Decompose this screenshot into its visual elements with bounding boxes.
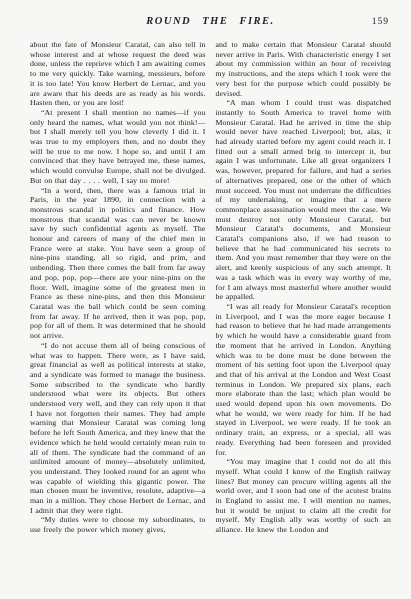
paragraph: “A man whom I could trust was dispatched… [216,98,392,302]
text-columns: about the fate of Monsieur Caratal, can … [30,40,391,588]
book-page: ROUND THE FIRE. 159 about the fate of Mo… [0,0,411,599]
paragraph: “You may imagine that I could not do all… [216,457,392,535]
left-column: about the fate of Monsieur Caratal, can … [30,40,206,588]
page-number: 159 [372,17,389,27]
right-column: and to make certain that Monsieur Carata… [216,40,392,588]
paragraph: about the fate of Monsieur Caratal, can … [30,40,206,108]
paragraph: “I was all ready for Monsieur Caratal's … [216,302,392,457]
paragraph: and to make certain that Monsieur Carata… [216,40,392,98]
paragraph: “I do not accuse them all of being consc… [30,341,206,516]
paragraph: “My duties were to choose my subordinate… [30,515,206,534]
running-title: ROUND THE FIRE. [30,16,391,27]
page-header: ROUND THE FIRE. 159 [30,16,391,32]
paragraph: “At present I shall mention no names—if … [30,108,206,186]
paragraph: “In a word, then, there was a famous tri… [30,186,206,341]
